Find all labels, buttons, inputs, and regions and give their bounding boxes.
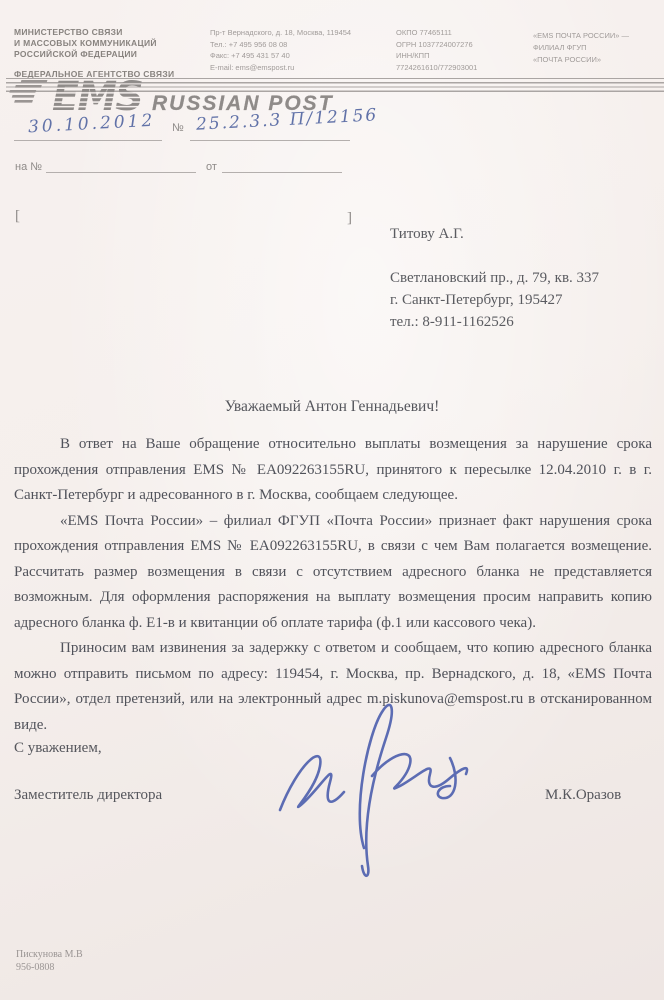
branch-line: «ПОЧТА РОССИИ» [533, 54, 659, 66]
ministry-line: И МАССОВЫХ КОММУНИКАЦИЙ [14, 38, 204, 49]
executor-block: Пискунова М.В 956-0808 [16, 948, 83, 974]
branch-line: «EMS ПОЧТА РОССИИ» — [533, 30, 659, 42]
recipient-block: Титову А.Г. Светлановский пр., д. 79, кв… [390, 226, 650, 333]
okpo: ОКПО 77465111 [396, 27, 524, 39]
closing-phrase: С уважением, [14, 740, 102, 757]
number-label: № [172, 122, 184, 134]
bracket-close: ] [347, 210, 352, 227]
inn-kpp-label: ИНН/КПП [396, 50, 524, 62]
ministry-line: МИНИСТЕРСТВО СВЯЗИ [14, 27, 204, 38]
contact-phone: Тел.: +7 495 956 08 08 [210, 39, 390, 51]
number-line [190, 140, 350, 141]
signer-position: Заместитель директора [14, 787, 162, 804]
ems-logo-icon: EMS [8, 66, 158, 118]
handwritten-signature [272, 698, 482, 883]
executor-phone: 956-0808 [16, 961, 83, 974]
recipient-name: Титову А.Г. [390, 226, 650, 243]
executor-name: Пискунова М.В [16, 948, 83, 961]
ogrn: ОГРН 1037724007276 [396, 39, 524, 51]
letter-body: В ответ на Ваше обращение относительно в… [14, 432, 652, 738]
bracket-open: [ [15, 208, 20, 225]
ministry-line: РОССИЙСКОЙ ФЕДЕРАЦИИ [14, 49, 204, 60]
branch-block: «EMS ПОЧТА РОССИИ» — ФИЛИАЛ ФГУП «ПОЧТА … [533, 30, 659, 66]
scanned-letter-page: МИНИСТЕРСТВО СВЯЗИ И МАССОВЫХ КОММУНИКАЦ… [0, 0, 664, 1000]
recipient-phone: тел.: 8-911-1162526 [390, 311, 650, 333]
date-line [14, 140, 162, 141]
recipient-city: г. Санкт-Петербург, 195427 [390, 289, 650, 311]
contact-address: Пр-т Вернадского, д. 18, Москва, 119454 [210, 27, 390, 39]
recipient-street: Светлановский пр., д. 79, кв. 337 [390, 267, 650, 289]
requisites-block: ОКПО 77465111 ОГРН 1037724007276 ИНН/КПП… [396, 27, 524, 73]
reply-to-label: на № [15, 161, 42, 173]
salutation: Уважаемый Антон Геннадьевич! [0, 398, 664, 416]
branch-line: ФИЛИАЛ ФГУП [533, 42, 659, 54]
reply-number-line [46, 172, 196, 173]
paragraph-2: «EMS Почта России» – филиал ФГУП «Почта … [14, 509, 652, 637]
contacts-block: Пр-т Вернадского, д. 18, Москва, 119454 … [210, 27, 390, 73]
from-label: от [206, 161, 217, 173]
from-date-line [222, 172, 342, 173]
signer-name: М.К.Оразов [545, 787, 621, 804]
paragraph-1: В ответ на Ваше обращение относительно в… [14, 432, 652, 509]
contact-fax: Факс: +7 495 431 57 40 [210, 50, 390, 62]
